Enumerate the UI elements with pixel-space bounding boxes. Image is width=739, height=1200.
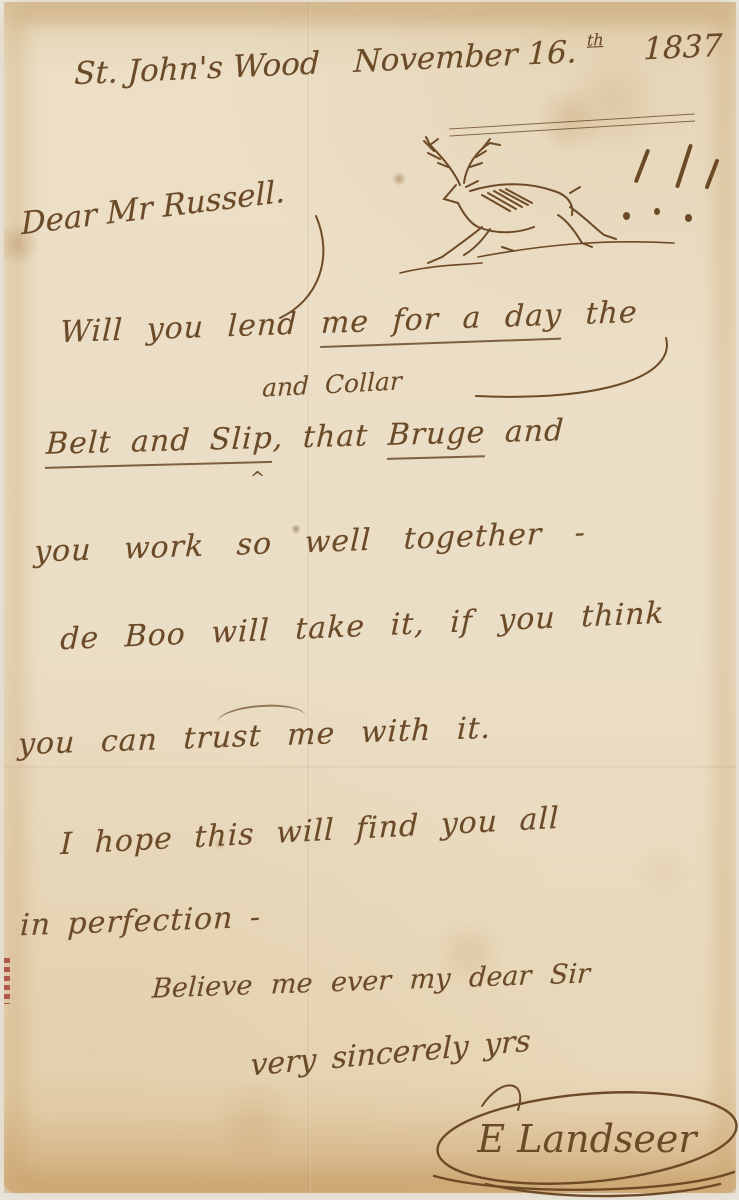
signature-text: E Landseer — [476, 1117, 699, 1161]
body-line-7: in perfection - — [19, 900, 261, 943]
letter-scan: St. John's Wood November 16. th 1837 — [0, 0, 739, 1200]
body-line-2: Belt and Slip, that Bruge and — [45, 413, 565, 462]
letter-paper: St. John's Wood November 16. th 1837 — [4, 2, 736, 1193]
vertical-fold-crease — [307, 2, 311, 1193]
closing-line-1: Believe me ever my dear Sir — [151, 958, 590, 1004]
dot-mark — [654, 208, 660, 215]
body-line-2-mid: , that — [272, 418, 388, 456]
salutation: Dear Mr Russell. — [20, 174, 285, 243]
body-line-1-post: the — [561, 295, 638, 333]
dateline: St. John's Wood November 16. th 1837 — [74, 28, 723, 92]
dateline-month-day: November 16. — [353, 34, 577, 80]
dateline-location: St. John's Wood — [74, 45, 320, 92]
insertion-caret: ^ — [250, 468, 265, 489]
body-line-2-underlined-b: Bruge — [387, 415, 486, 460]
interline-insertion: and Collar — [262, 366, 402, 402]
signature-block: E Landseer — [422, 1072, 739, 1200]
dateline-flourish-underline — [449, 113, 695, 136]
line1-tail-flourish — [466, 330, 676, 410]
body-line-4: de Boo will take it, if you think — [60, 596, 665, 657]
body-line-2-underlined-a: Belt and Slip — [45, 421, 274, 469]
dateline-year: 1837 — [643, 28, 723, 68]
dot-mark — [685, 214, 692, 222]
body-line-2-post: and — [485, 413, 565, 450]
body-line-1-pre: Will you lend — [60, 306, 322, 350]
dateline-ordinal: th — [587, 30, 604, 50]
slash-mark — [704, 158, 719, 189]
body-line-5: you can trust me with it. — [18, 711, 492, 763]
red-edge-mark — [4, 958, 10, 1004]
dot-mark — [623, 212, 630, 220]
horizontal-fold-crease — [4, 765, 736, 769]
